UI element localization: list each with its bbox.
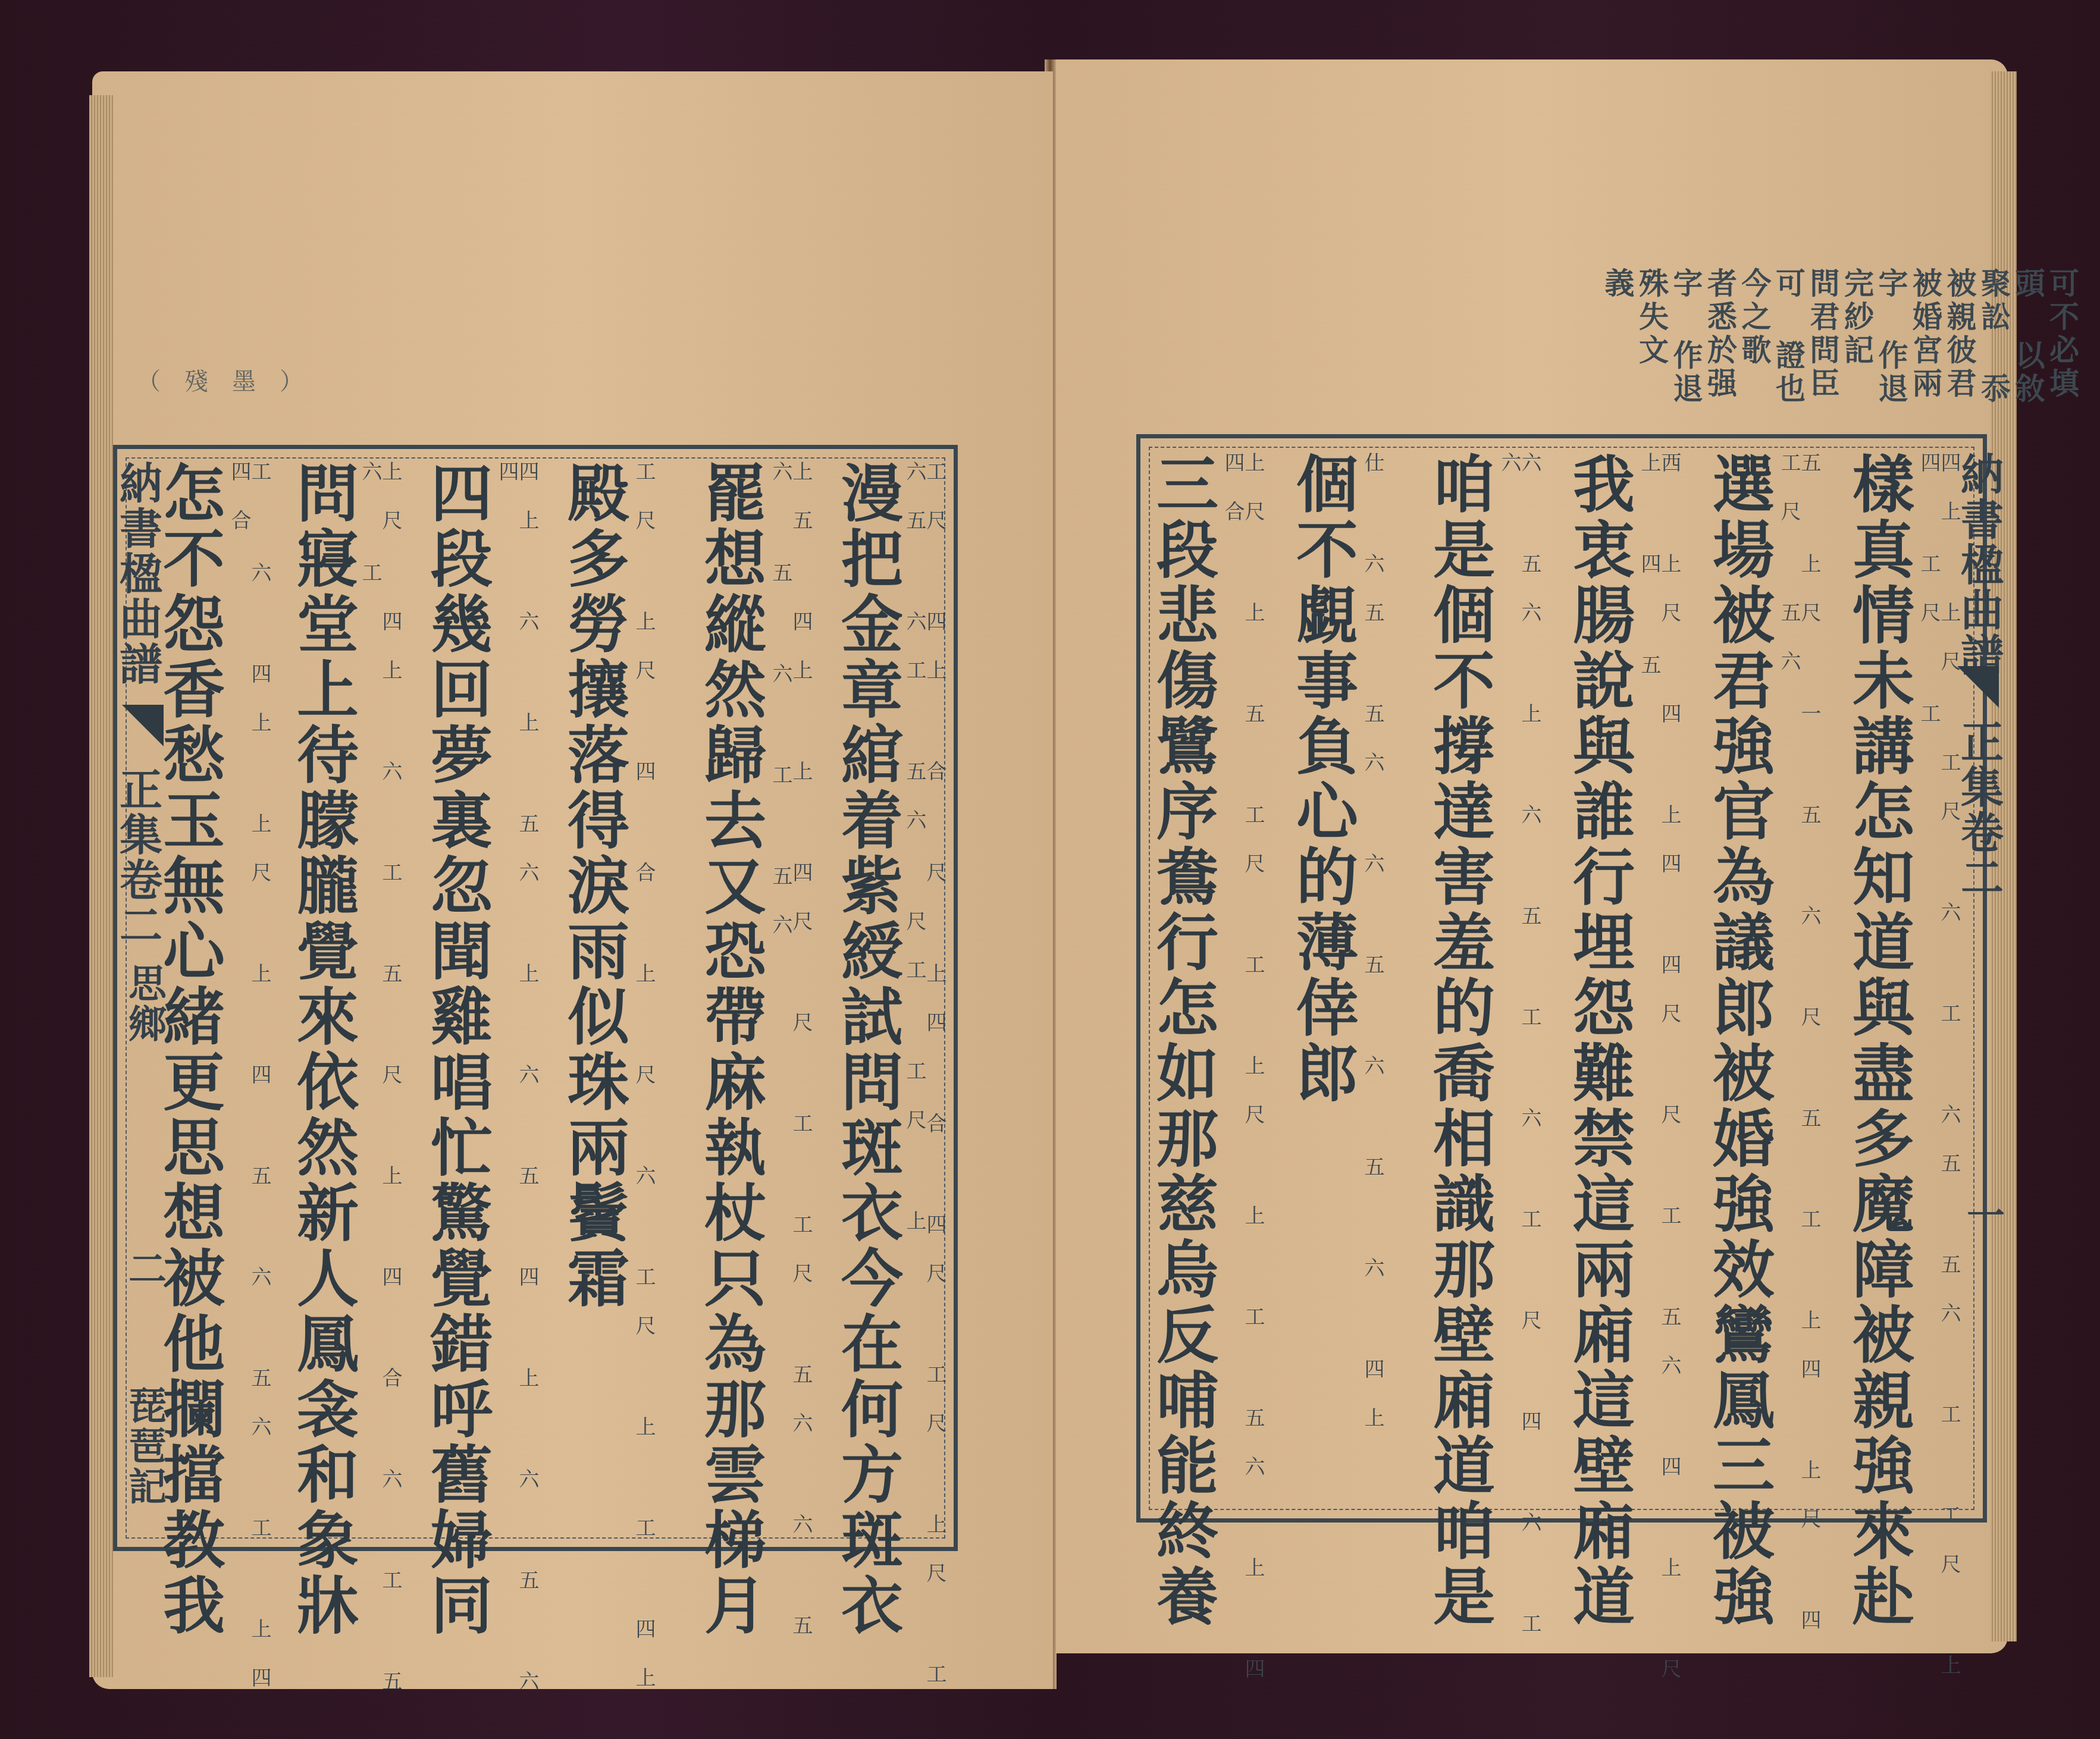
lyric-column-2: 選場被君強官為議郎被婚強效鸞鳳三被強	[1707, 452, 1769, 1630]
notation-column-2: 五 上尺 一 五 六 尺 五 工 上四 上尺 四 工尺 五六	[1779, 452, 1819, 1739]
lyric-column-4: 咱是個不撐達害羞的喬相識那壁廂道咱是	[1428, 452, 1490, 1630]
lyric-column-3: 我衷腸說與誰行埋怨難禁這兩廂這壁廂道	[1568, 452, 1629, 1630]
notation-column-4: 四上 六 上 五六 上 六 五 四 上 六 五 六 四	[497, 461, 537, 1739]
right-margin-volume: 正集卷二	[1957, 720, 2000, 900]
preface-line-10: 義	[1600, 268, 1635, 301]
right-margin-page-number: 一	[1963, 1195, 2001, 1236]
notation-column-5: 仕 六五 五六 六 五 六 五 六 四上	[1362, 452, 1383, 1456]
top-ink-smudge: （殘墨）	[137, 363, 327, 397]
lyric-column-2: 罷想縱然歸去又恐帶麻執杖只為那雲梯月	[699, 461, 761, 1638]
notation-column-4: 六 五六 上 六 五 工 六 工 尺 四 六 工 六	[1499, 452, 1540, 1739]
notation-column-3: 西 上尺 四 上四 四尺 尺 工 五六 四 上 尺 上 四 五	[1639, 452, 1679, 1739]
notation-column-5: 上尺 四上 六 工 五 尺 上 四 合 六 工 五六 工	[360, 461, 400, 1739]
lyric-column-6: 怎不怨香愁玉無心緒更思想被他攔擋教我	[158, 461, 220, 1638]
lyric-column-3: 殿多勞攘落得淚雨似珠兩鬢霜	[562, 461, 624, 1311]
fishtail-mark-icon	[1957, 666, 1999, 708]
notation-column-1: 四上 上尺 工尺 六 工 六五 五六 工 工尺 上 四 工尺 工	[1919, 452, 1959, 1739]
notation-column-3: 工尺 上尺 四 合 上 尺 六 工尺 上 工 四上	[634, 461, 654, 1716]
notation-column-1: 工尺 四上 合 尺 上四 合 四尺 工尺 上尺 工 六五 六工 五六 尺工 工尺…	[904, 461, 945, 1739]
lyric-column-5: 問寢堂上待朦朧覺來依然新人鳳衾和象牀	[292, 461, 353, 1638]
right-margin-title: 納書楹曲譜	[1957, 452, 2000, 678]
lyric-column-5: 個不覷事負心的薄倖郎	[1291, 452, 1353, 1106]
notation-column-6: 工 六 四上 上尺 上 四 五 六 五六 工 上四 四合	[229, 461, 269, 1739]
lyric-column-6: 三段悲傷鷺序鴦行怎如那慈烏反哺能終養	[1151, 452, 1213, 1630]
lyric-column-1: 樣真情未講怎知道與盡多魔障被親強來赴	[1847, 452, 1909, 1630]
left-page-edge-stack	[89, 95, 113, 1677]
notation-column-6: 上尺 上 五 工尺 工 上尺 上 工 五六 上 四 四合	[1223, 452, 1263, 1739]
notation-column-2: 上五 四上 上 四尺 尺 工 工尺 五六 六 五 六 五 六 工 五六	[770, 461, 811, 1739]
lyric-column-1: 漫把金章綰着紫綬試問斑衣今在何方斑衣	[836, 461, 898, 1638]
preface-note: 可不必填頭 以敘聚訟 忝被親彼君 被婚宮兩字 作退完紗記 問君問臣可 證也今之歌…	[1600, 268, 2079, 422]
lyric-column-4: 四段幾回夢裏忽聞雞唱忙驚覺錯呼舊婦同	[425, 461, 487, 1638]
